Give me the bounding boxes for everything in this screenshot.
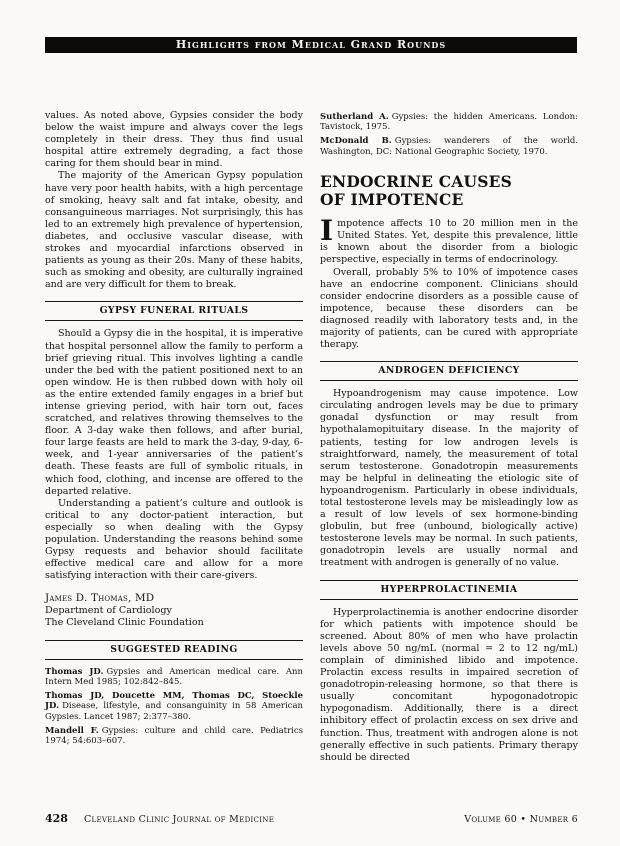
- right-column: Sutherland A.Gypsies: the hidden America…: [320, 110, 578, 764]
- paragraph: Overall, probably 5% to 10% of impotence…: [320, 267, 578, 352]
- section-heading-text: ANDROGEN DEFICIENCY: [378, 365, 519, 376]
- author-department: Department of Cardiology: [45, 605, 303, 617]
- reference-authors: Thomas JD.: [45, 667, 103, 677]
- section-heading-text: HYPERPROLACTINEMIA: [380, 584, 517, 595]
- paragraph: values. As noted above, Gypsies consider…: [45, 110, 303, 170]
- drop-cap: I: [320, 218, 337, 242]
- reference-text: Disease, lifestyle, and consanguinity in…: [45, 701, 303, 721]
- reference: Thomas JD, Doucette MM, Thomas DC, Stoec…: [45, 691, 303, 722]
- journal-name: Cleveland Clinic Journal of Medicine: [84, 814, 274, 825]
- paragraph-text: mpotence affects 10 to 20 million men in…: [320, 218, 578, 265]
- section-heading-androgen-deficiency: ANDROGEN DEFICIENCY: [320, 361, 578, 381]
- footer-left: 428 Cleveland Clinic Journal of Medicine: [45, 812, 274, 825]
- paragraph: Understanding a patient’s culture and ou…: [45, 498, 303, 583]
- page-footer: 428 Cleveland Clinic Journal of Medicine…: [45, 812, 578, 825]
- paragraph: Hyperprolactinemia is another endocrine …: [320, 607, 578, 764]
- author-institution: The Cleveland Clinic Foundation: [45, 617, 303, 629]
- reference-authors: Sutherland A.: [320, 112, 389, 122]
- author-name: James D. Thomas, MD: [45, 592, 303, 604]
- left-column: values. As noted above, Gypsies consider…: [45, 110, 303, 764]
- section-heading-suggested-reading: SUGGESTED READING: [45, 640, 303, 660]
- paragraph: The majority of the American Gypsy popul…: [45, 170, 303, 291]
- section-heading-hyperprolactinemia: HYPERPROLACTINEMIA: [320, 580, 578, 600]
- reference: McDonald B.Gypsies: wanderers of the wor…: [320, 136, 578, 157]
- paragraph: Hypoandrogenism may cause impotence. Low…: [320, 388, 578, 569]
- reference: Mandell F.Gypsies: culture and child car…: [45, 726, 303, 747]
- reference: Sutherland A.Gypsies: the hidden America…: [320, 112, 578, 133]
- article-title-line2: OF IMPOTENCE: [320, 191, 578, 209]
- section-banner: Highlights from Medical Grand Rounds: [45, 37, 577, 53]
- journal-page: Highlights from Medical Grand Rounds val…: [0, 0, 620, 846]
- suggested-reading-list: Thomas JD.Gypsies and American medical c…: [45, 667, 303, 747]
- section-heading-text: GYPSY FUNERAL RITUALS: [100, 305, 249, 316]
- section-banner-text: Highlights from Medical Grand Rounds: [176, 38, 446, 51]
- author-block: James D. Thomas, MD Department of Cardio…: [45, 592, 303, 629]
- volume-info: Volume 60 • Number 6: [464, 814, 578, 825]
- two-column-layout: values. As noted above, Gypsies consider…: [45, 110, 578, 764]
- article-title: ENDOCRINE CAUSES OF IMPOTENCE: [320, 173, 578, 209]
- reference-authors: Mandell F.: [45, 726, 99, 736]
- page-number: 428: [45, 812, 68, 825]
- section-heading-gypsy-funeral-rituals: GYPSY FUNERAL RITUALS: [45, 301, 303, 321]
- reference-authors: McDonald B.: [320, 136, 392, 146]
- paragraph: Should a Gypsy die in the hospital, it i…: [45, 328, 303, 497]
- paragraph-with-dropcap: Impotence affects 10 to 20 million men i…: [320, 218, 578, 266]
- article-title-line1: ENDOCRINE CAUSES: [320, 173, 578, 191]
- reference: Thomas JD.Gypsies and American medical c…: [45, 667, 303, 688]
- section-heading-text: SUGGESTED READING: [110, 644, 237, 655]
- continued-reference-list: Sutherland A.Gypsies: the hidden America…: [320, 112, 578, 157]
